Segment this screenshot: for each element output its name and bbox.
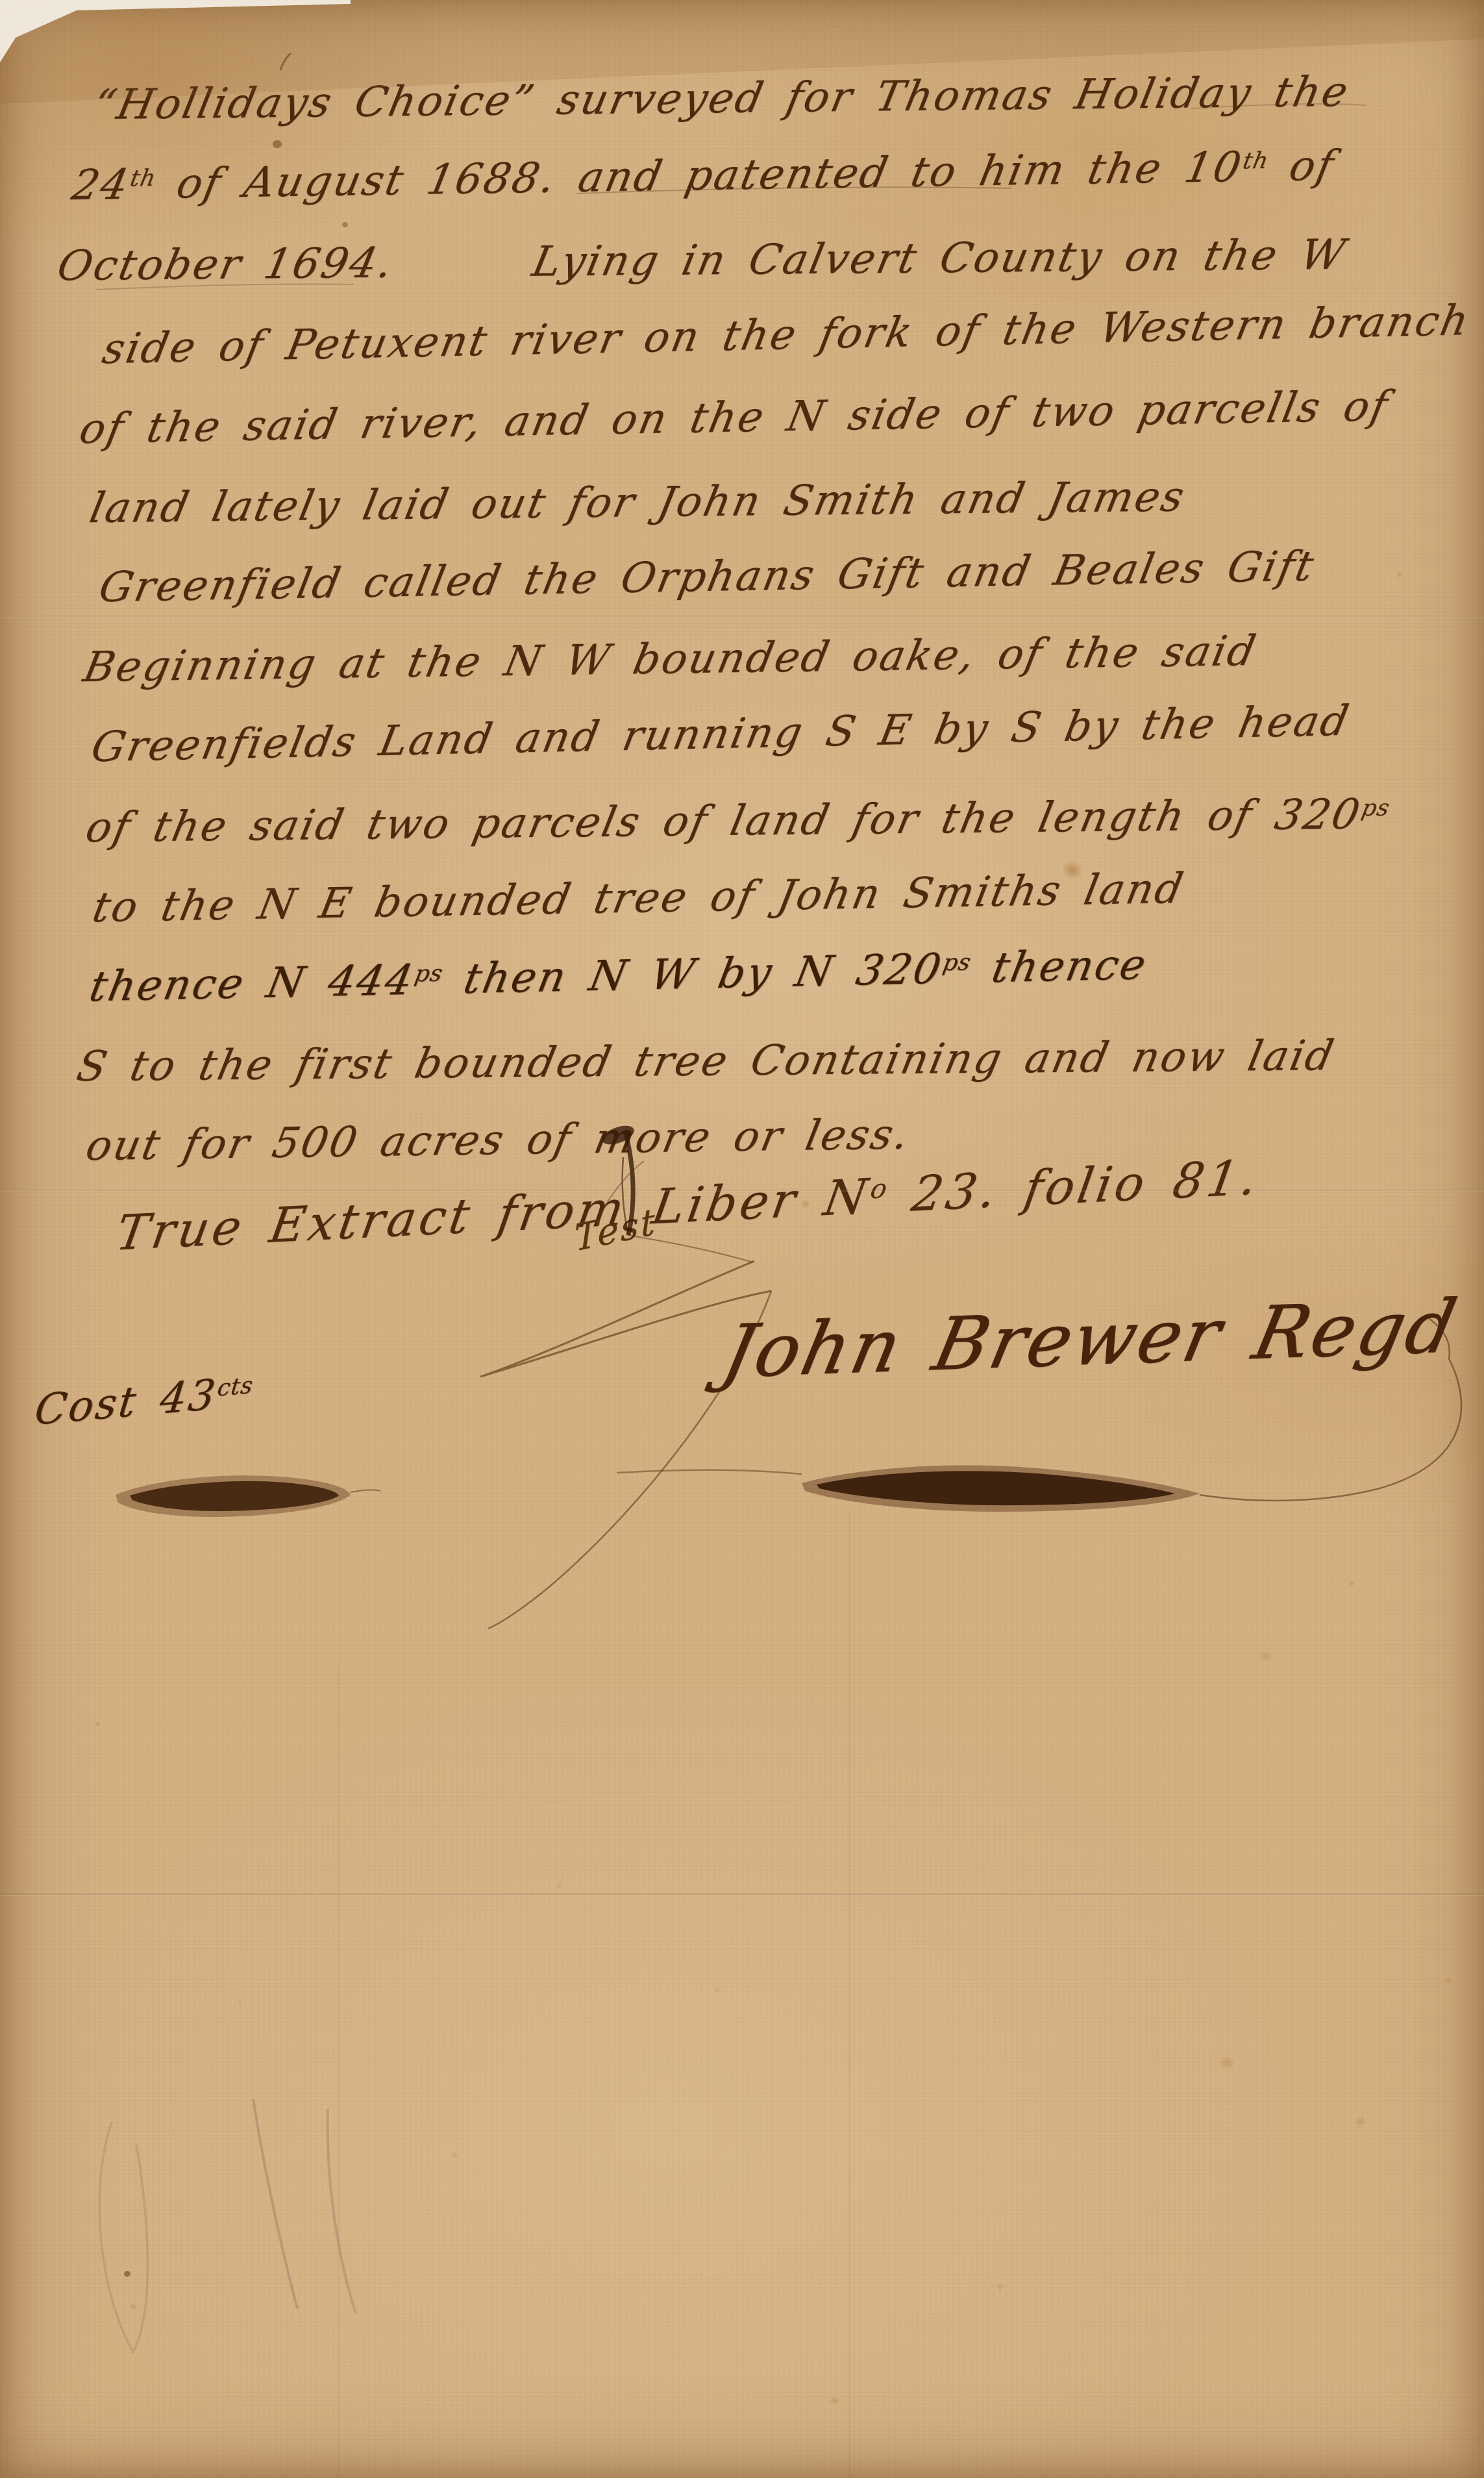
- stain-spot: [1216, 2053, 1239, 2072]
- line-12-text: then N W by N 320: [437, 945, 946, 1003]
- line-2-text: 24: [68, 161, 134, 210]
- line-3-text: Lying in Calvert County on the W: [528, 231, 1350, 286]
- ink-fleck: [124, 2271, 130, 2277]
- manuscript-line-4: side of Petuxent river on the fork of th…: [99, 300, 1474, 370]
- line-10-text: of the said two parcels of land for the …: [82, 790, 1365, 852]
- line-gap: [391, 276, 530, 277]
- cost-ink-blob-core: [130, 1481, 339, 1511]
- line-2-text: of: [1263, 142, 1339, 191]
- extract-text: True Extract from Liber N: [112, 1168, 874, 1262]
- pencil-ghost-mark: [328, 2109, 356, 2313]
- manuscript-line-7: Greenfield called the Orphans Gift and B…: [96, 545, 1318, 608]
- line-12-text: thence N 444: [86, 957, 419, 1012]
- signature-ink-blob-outer: [802, 1466, 1200, 1512]
- date-october-1694: October 1694.: [53, 239, 399, 290]
- stain-spot: [713, 1986, 721, 1994]
- ink-fleck: [273, 140, 282, 148]
- superscript-cts: cts: [216, 1371, 254, 1401]
- manuscript-line-3: October 1694.Lying in Calvert County on …: [54, 234, 1350, 287]
- cost-blob-tail: [351, 1490, 380, 1492]
- manuscript-line-2: 24th of August 1688. and patented to him…: [68, 145, 1338, 206]
- stain-spot: [236, 1999, 244, 2007]
- pencil-ghost-loop: [99, 2122, 147, 2352]
- stain-spot: [553, 1881, 564, 1891]
- horizontal-fold-crease: [0, 1894, 1484, 1896]
- ink-fleck: [342, 222, 348, 227]
- manuscript-line-11: to the N E bounded tree of John Smiths l…: [90, 868, 1188, 929]
- horizontal-fold-crease: [0, 616, 1484, 618]
- register-signature: John Brewer Regd offr: [717, 1284, 1484, 1389]
- stain-spot: [1256, 1648, 1276, 1665]
- stain-spot: [448, 2149, 462, 2161]
- manuscript-line-5: of the said river, and on the N side of …: [77, 386, 1393, 450]
- cost-ink-blob-outer: [116, 1475, 351, 1517]
- manuscript-line-1: “Hollidays Choice” surveyed for Thomas H…: [90, 71, 1353, 126]
- manuscript-line-8: Beginning at the N W bounded oake, of th…: [80, 631, 1260, 688]
- stain-spot: [1347, 1579, 1357, 1588]
- stain-spot: [1352, 2114, 1369, 2129]
- paper-corner-edge: [0, 0, 351, 62]
- manuscript-line-12: thence N 444ps then N W by N 320ps thenc…: [86, 944, 1151, 1008]
- extract-certification-line: True Extract from Liber No 23. folio 81.: [113, 1153, 1263, 1258]
- manuscript-line-10: of the said two parcels of land for the …: [82, 794, 1392, 849]
- stain-spot: [1394, 570, 1405, 579]
- extract-text: 23. folio 81.: [882, 1149, 1264, 1224]
- line-2-text: of August 1688. and patented to him the …: [150, 144, 1247, 209]
- pencil-ghost-mark: [253, 2099, 297, 2309]
- cost-note: Cost 43cts: [32, 1371, 254, 1432]
- stray-quote-tick: [280, 53, 291, 70]
- manuscript-line-6: land lately laid out for John Smith and …: [86, 476, 1189, 529]
- cost-text: Cost 43: [32, 1370, 219, 1435]
- signature-ink-blob-core: [817, 1471, 1175, 1505]
- vertical-fold-crease: [849, 1513, 850, 2478]
- stain-spot: [129, 2302, 138, 2311]
- stain-spot: [994, 2281, 1006, 2292]
- manuscript-line-9: Greenfields Land and running S E by S by…: [88, 700, 1354, 768]
- stain-spot: [827, 2394, 842, 2407]
- line-12-text: thence: [965, 941, 1151, 993]
- signature-underline-hairline: [617, 1470, 802, 1474]
- manuscript-line-13: S to the first bounded tree Containing a…: [73, 1035, 1339, 1088]
- vertical-fold-crease: [338, 1662, 339, 2478]
- manuscript-line-14: out for 500 acres of more or less.: [82, 1114, 913, 1167]
- stain-spot: [1442, 1975, 1454, 1986]
- superscript-ps: ps: [1359, 795, 1392, 822]
- stain-spot: [93, 1720, 102, 1728]
- manuscript-document-page: “Hollidays Choice” surveyed for Thomas H…: [0, 0, 1484, 2478]
